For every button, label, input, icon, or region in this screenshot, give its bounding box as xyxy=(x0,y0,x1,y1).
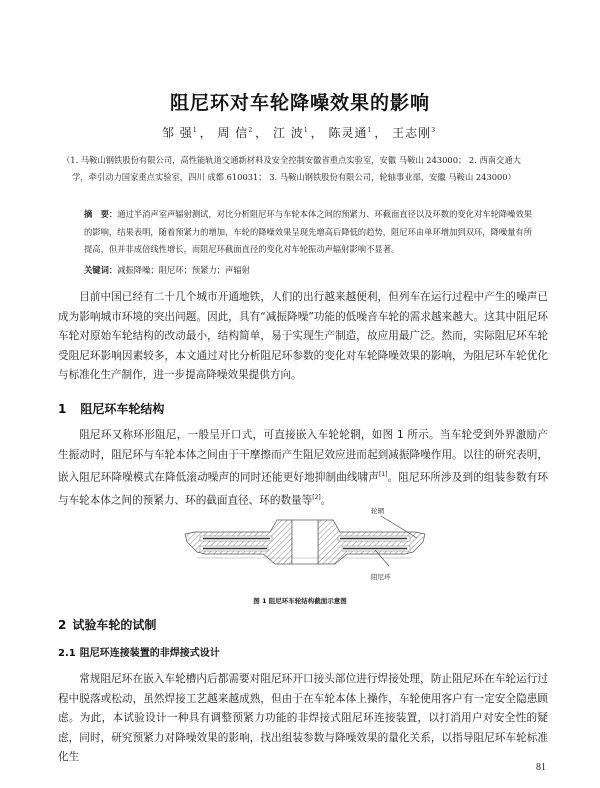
subsection-title: 阻尼环连接装置的非焊接式设计 xyxy=(80,648,220,659)
author-name: 周 信 xyxy=(217,126,248,140)
page-number: 81 xyxy=(536,762,546,773)
author-separator: ， xyxy=(374,126,387,140)
abstract-text: 通过半消声室声辐射测试，对比分析阻尼环与车轮本体之间的预紧力、环截面直径以及环数… xyxy=(84,209,532,254)
author-affiliation-mark: 2 xyxy=(248,127,253,134)
section-title: 阻尼环车轮结构 xyxy=(80,402,164,416)
author-name: 邹 强 xyxy=(162,126,193,140)
intro-paragraph: 目前中国已经有二十几个城市开通地铁，人们的出行越来越便利，但列车在运行过程中产生… xyxy=(58,288,548,386)
section-title: 试验车轮的试制 xyxy=(72,618,156,632)
paper-page: 阻尼环对车轮降噪效果的影响 邹 强1， 周 信2， 江 波1， 陈灵通1， 王志… xyxy=(0,0,600,788)
intro-text: 目前中国已经有二十几个城市开通地铁，人们的出行越来越便利，但列车在运行过程中产生… xyxy=(58,288,548,386)
author-separator: ， xyxy=(255,126,268,140)
keywords-text: 减振降噪；阻尼环；预紧力；声辐射 xyxy=(117,265,250,275)
section-1-heading: 1阻尼环车轮结构 xyxy=(58,400,164,417)
abstract: 摘 要：通过半消声室声辐射测试，对比分析阻尼环与车轮本体之间的预紧力、环截面直径… xyxy=(84,206,534,259)
label-rim: 轮辋 xyxy=(371,506,384,515)
subsection-number: 2.1 xyxy=(58,648,76,659)
abstract-label: 摘 要： xyxy=(84,209,117,219)
author-list: 邹 强1， 周 信2， 江 波1， 陈灵通1， 王志刚3 xyxy=(0,124,600,141)
subsection-2-1-heading: 2.1阻尼环连接装置的非焊接式设计 xyxy=(58,644,220,659)
citation-ref[interactable]: [1] xyxy=(379,471,388,478)
section-1-paragraph: 阻尼环又称环形阻尼，一般呈开口式，可直接嵌入车轮轮辋，如图 1 所示。当车轮受到… xyxy=(58,426,548,511)
author-name: 王志刚 xyxy=(392,126,431,140)
section-number: 1 xyxy=(58,402,66,416)
author-affiliation-mark: 1 xyxy=(193,127,198,134)
figure-1-caption: 图 1 阻尼环车轮结构截面示意图 xyxy=(0,596,600,605)
affiliation-line: 学，牵引动力国家重点实验室，四川 成都 610031； 3. 马鞍山钢铁股份有限… xyxy=(62,169,542,186)
section-number: 2 xyxy=(58,618,66,632)
author-separator: ， xyxy=(200,126,213,140)
paper-title: 阻尼环对车轮降噪效果的影响 xyxy=(0,88,600,115)
keywords: 关键词：减振降噪；阻尼环；预紧力；声辐射 xyxy=(84,264,534,276)
author-affiliation-mark: 3 xyxy=(431,127,436,134)
author-name: 江 波 xyxy=(273,126,304,140)
label-damping-ring: 阻尼环 xyxy=(371,572,391,581)
subsection-2-1-text: 常规阻尼环在嵌入车轮槽内后都需要对阻尼环开口接头部位进行焊接处理，防止阻尼环在车… xyxy=(58,670,548,768)
subsection-2-1-paragraph: 常规阻尼环在嵌入车轮槽内后都需要对阻尼环开口接头部位进行焊接处理，防止阻尼环在车… xyxy=(58,670,548,768)
section-2-heading: 2试验车轮的试制 xyxy=(58,616,156,633)
citation-ref[interactable]: [2] xyxy=(312,494,321,501)
wheel-cross-section-icon xyxy=(175,502,435,592)
author-affiliation-mark: 1 xyxy=(368,127,373,134)
author-separator: ， xyxy=(311,126,324,140)
affiliation-line: （1. 马鞍山钢铁股份有限公司，高性能轨道交通新材料及安全控制安徽省重点实验室，… xyxy=(62,152,542,169)
author-affiliation-mark: 1 xyxy=(304,127,309,134)
keywords-label: 关键词： xyxy=(84,265,117,275)
author-name: 陈灵通 xyxy=(328,126,367,140)
affiliations: （1. 马鞍山钢铁股份有限公司，高性能轨道交通新材料及安全控制安徽省重点实验室，… xyxy=(62,152,542,186)
figure-1-diagram: 轮辋 阻尼环 xyxy=(175,502,435,602)
